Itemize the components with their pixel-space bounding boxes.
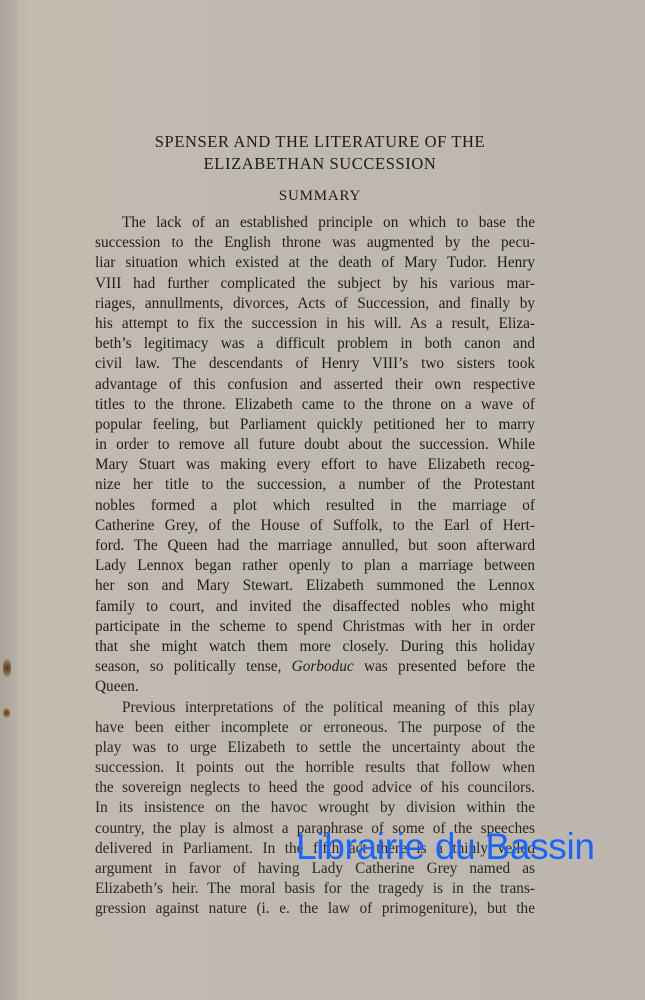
text-line: succession to the English throne was aug… (95, 233, 535, 253)
text-line: Elizabeth’s heir. The moral basis for th… (95, 879, 535, 899)
text-line: Catherine Grey, of the House of Suffolk,… (95, 516, 535, 536)
text-line: Queen. (95, 677, 535, 697)
paragraph-1: The lack of an established principle on … (95, 213, 535, 698)
text-line: beth’s legitimacy was a difficult proble… (95, 334, 535, 354)
page-gutter (0, 0, 22, 1000)
text-line: The lack of an established principle on … (95, 213, 535, 233)
paragraph-2: Previous interpretations of the politica… (95, 698, 535, 920)
text-line: her son and Mary Stewart. Elizabeth summ… (95, 576, 535, 596)
text-line: his attempt to fix the succession in his… (95, 314, 535, 334)
watermark-text: Librairie du Bassin (296, 826, 595, 868)
text-line: have been either incomplete or erroneous… (95, 718, 535, 738)
text-line: titles to the throne. Elizabeth came to … (95, 395, 535, 415)
chapter-title-line-1: SPENSER AND THE LITERATURE OF THE (100, 132, 540, 152)
text-line: liar situation which existed at the deat… (95, 253, 535, 273)
text-segment: season, so politically tense, (95, 658, 292, 675)
text-line-with-title: season, so politically tense, Gorboduc w… (95, 657, 535, 677)
text-line: riages, annullments, divorces, Acts of S… (95, 294, 535, 314)
text-line: ford. The Queen had the marriage annulle… (95, 536, 535, 556)
text-line: Mary Stuart was making every effort to h… (95, 455, 535, 475)
play-title: Gorboduc (292, 658, 354, 675)
foxing-stain (3, 658, 11, 678)
text-line: in order to remove all future doubt abou… (95, 435, 535, 455)
text-line: nobles formed a plot which resulted in t… (95, 496, 535, 516)
section-heading: SUMMARY (100, 188, 540, 205)
text-line: the sovereign neglects to heed the good … (95, 778, 535, 798)
text-line: play was to urge Elizabeth to settle the… (95, 738, 535, 758)
text-line: advantage of this confusion and asserted… (95, 375, 535, 395)
text-line: Lady Lennox began rather openly to plan … (95, 556, 535, 576)
text-line: that she might watch them more closely. … (95, 637, 535, 657)
foxing-stain (3, 708, 10, 718)
book-page: SPENSER AND THE LITERATURE OF THE ELIZAB… (0, 0, 645, 1000)
text-line: gression against nature (i. e. the law o… (95, 899, 535, 919)
text-segment: was presented before the (354, 658, 535, 675)
chapter-title-line-2: ELIZABETHAN SUCCESSION (100, 154, 540, 174)
text-line: participate in the scheme to spend Chris… (95, 617, 535, 637)
text-line: succession. It points out the horrible r… (95, 758, 535, 778)
text-line: popular feeling, but Parliament quickly … (95, 415, 535, 435)
text-line: Previous interpretations of the politica… (95, 698, 535, 718)
text-line: family to court, and invited the disaffe… (95, 597, 535, 617)
text-line: civil law. The descendants of Henry VIII… (95, 354, 535, 374)
text-line: nize her title to the succession, a numb… (95, 475, 535, 495)
summary-text: The lack of an established principle on … (95, 213, 535, 920)
text-line: In its insistence on the havoc wrought b… (95, 798, 535, 818)
text-line: VIII had further complicated the subject… (95, 274, 535, 294)
